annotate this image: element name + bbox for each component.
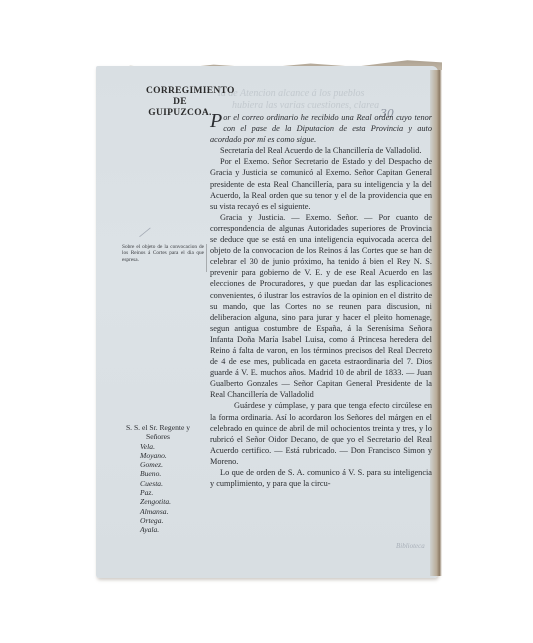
paragraph: Lo que de orden de S. A. comunico á V. S… <box>210 467 432 489</box>
page-header: CORREGIMIENTO DE GUIPUZCOA. <box>146 86 214 119</box>
margin-note: Sobre el objeto de la convocacion de los… <box>122 244 204 263</box>
margin-signatories: S. S. el Sr. Regente y Señores Vela. Moy… <box>114 423 202 535</box>
lead-paragraph: Por el correo ordinario he recibido una … <box>210 112 432 145</box>
signatory-name: Vela. <box>114 442 202 451</box>
margin-rule <box>206 244 207 272</box>
signatory-name: Cuesta. <box>114 479 202 488</box>
bleed-through-text: hubiera las varias cuestiones, clarea <box>232 100 379 111</box>
signatory-name: Ortega. <box>114 516 202 525</box>
signatory-name: Ayala. <box>114 525 202 534</box>
signatory-name: Almansa. <box>114 507 202 516</box>
paragraph: Secretaría del Real Acuerdo de la Chanci… <box>210 145 432 156</box>
signatory-name: Moyano. <box>114 451 202 460</box>
paragraph: Por el Exemo. Señor Secretario de Estado… <box>210 156 432 211</box>
main-text: Por el correo ordinario he recibido una … <box>210 112 432 489</box>
header-line: CORREGIMIENTO <box>146 86 214 97</box>
signatory-name: Bueno. <box>114 469 202 478</box>
signatory-name: Gomez. <box>114 460 202 469</box>
signatories-title: S. S. el Sr. Regente y Señores <box>114 423 202 442</box>
header-line: DE <box>146 97 214 108</box>
signatory-name: Paz. <box>114 488 202 497</box>
signatory-name: Zengotita. <box>114 497 202 506</box>
bleed-through-text: la de Atencion alcance á los pueblos <box>218 88 364 99</box>
faded-stamp: Biblioteca <box>396 542 425 550</box>
paragraph: Gracia y Justicia. — Exemo. Señor. — Por… <box>210 212 432 401</box>
header-line: GUIPUZCOA. <box>146 108 214 119</box>
drop-cap: P <box>210 112 222 130</box>
paragraph: Guárdese y cúmplase, y para que tenga ef… <box>210 400 432 467</box>
